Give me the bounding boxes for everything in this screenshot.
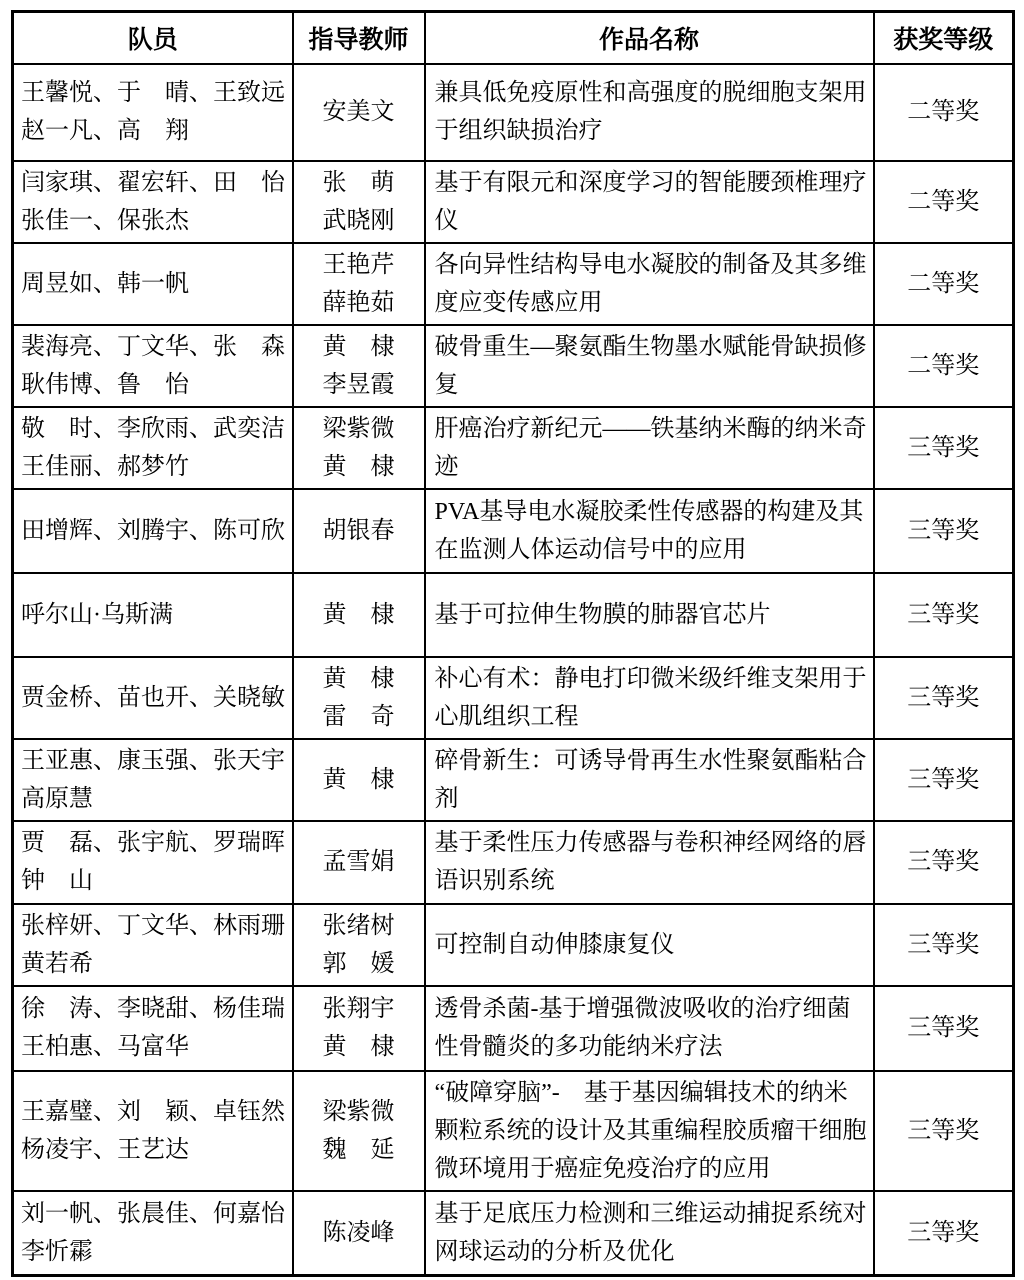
cell-teachers: 黄 棣 <box>293 573 425 657</box>
cell-members: 闫家琪、翟宏轩、田 怡 张佳一、保张杰 <box>13 161 293 243</box>
cell-work: 碎骨新生：可诱导骨再生水性聚氨酯粘合剂 <box>425 739 874 821</box>
cell-work: 基于足底压力检测和三维运动捕捉系统对网球运动的分析及优化 <box>425 1191 874 1276</box>
cell-award: 三等奖 <box>874 1071 1014 1191</box>
cell-award: 二等奖 <box>874 325 1014 407</box>
cell-award: 二等奖 <box>874 161 1014 243</box>
table-row: 贾 磊、张宇航、罗瑞晖 钟 山 孟雪娟 基于柔性压力传感器与卷积神经网络的唇语识… <box>13 821 1014 904</box>
cell-work: 肝癌治疗新纪元——铁基纳米酶的纳米奇迹 <box>425 407 874 489</box>
cell-work: 基于柔性压力传感器与卷积神经网络的唇语识别系统 <box>425 821 874 904</box>
cell-award: 三等奖 <box>874 573 1014 657</box>
table-row: 裴海亮、丁文华、张 森 耿伟博、鲁 怡 黄 棣 李昱霞 破骨重生—聚氨酯生物墨水… <box>13 325 1014 407</box>
cell-teachers: 梁紫微 黄 棣 <box>293 407 425 489</box>
cell-award: 三等奖 <box>874 657 1014 739</box>
header-teachers: 指导教师 <box>293 12 425 64</box>
cell-work: PVA基导电水凝胶柔性传感器的构建及其在监测人体运动信号中的应用 <box>425 489 874 573</box>
table-row: 王亚惠、康玉强、张天宇 高原慧 黄 棣 碎骨新生：可诱导骨再生水性聚氨酯粘合剂 … <box>13 739 1014 821</box>
cell-teachers: 张绪树 郭 媛 <box>293 904 425 986</box>
header-work: 作品名称 <box>425 12 874 64</box>
table-row: 徐 涛、李晓甜、杨佳瑞 王柏惠、马富华 张翔宇 黄 棣 透骨杀菌-基于增强微波吸… <box>13 986 1014 1071</box>
cell-members: 贾 磊、张宇航、罗瑞晖 钟 山 <box>13 821 293 904</box>
cell-members: 呼尔山·乌斯满 <box>13 573 293 657</box>
table-row: 刘一帆、张晨佳、何嘉怡 李忻霦 陈凌峰 基于足底压力检测和三维运动捕捉系统对网球… <box>13 1191 1014 1276</box>
cell-award: 三等奖 <box>874 1191 1014 1276</box>
cell-award: 二等奖 <box>874 243 1014 325</box>
cell-teachers: 黄 棣 <box>293 739 425 821</box>
cell-members: 敬 时、李欣雨、武奕洁 王佳丽、郝梦竹 <box>13 407 293 489</box>
cell-members: 刘一帆、张晨佳、何嘉怡 李忻霦 <box>13 1191 293 1276</box>
cell-award: 三等奖 <box>874 986 1014 1071</box>
table-header-row: 队员 指导教师 作品名称 获奖等级 <box>13 12 1014 64</box>
table-row: 田增辉、刘腾宇、陈可欣 胡银春 PVA基导电水凝胶柔性传感器的构建及其在监测人体… <box>13 489 1014 573</box>
awards-table: 队员 指导教师 作品名称 获奖等级 王馨悦、于 晴、王致远 赵一凡、高 翔 安美… <box>11 10 1015 1277</box>
cell-members: 田增辉、刘腾宇、陈可欣 <box>13 489 293 573</box>
cell-teachers: 王艳芹 薛艳茹 <box>293 243 425 325</box>
header-award: 获奖等级 <box>874 12 1014 64</box>
cell-work: 各向异性结构导电水凝胶的制备及其多维度应变传感应用 <box>425 243 874 325</box>
cell-members: 张梓妍、丁文华、林雨珊 黄若希 <box>13 904 293 986</box>
table-row: 王馨悦、于 晴、王致远 赵一凡、高 翔 安美文 兼具低免疫原性和高强度的脱细胞支… <box>13 64 1014 161</box>
cell-work: 基于有限元和深度学习的智能腰颈椎理疗仪 <box>425 161 874 243</box>
table-row: 呼尔山·乌斯满 黄 棣 基于可拉伸生物膜的肺器官芯片 三等奖 <box>13 573 1014 657</box>
cell-award: 二等奖 <box>874 64 1014 161</box>
cell-teachers: 梁紫微 魏 延 <box>293 1071 425 1191</box>
cell-award: 三等奖 <box>874 821 1014 904</box>
cell-award: 三等奖 <box>874 739 1014 821</box>
document-page: 队员 指导教师 作品名称 获奖等级 王馨悦、于 晴、王致远 赵一凡、高 翔 安美… <box>0 0 1024 1280</box>
cell-members: 王嘉璧、刘 颖、卓钰然 杨凌宇、王艺达 <box>13 1071 293 1191</box>
cell-members: 王亚惠、康玉强、张天宇 高原慧 <box>13 739 293 821</box>
cell-teachers: 黄 棣 李昱霞 <box>293 325 425 407</box>
table-row: 闫家琪、翟宏轩、田 怡 张佳一、保张杰 张 萌 武晓刚 基于有限元和深度学习的智… <box>13 161 1014 243</box>
header-members: 队员 <box>13 12 293 64</box>
cell-teachers: 黄 棣 雷 奇 <box>293 657 425 739</box>
cell-work: 破骨重生—聚氨酯生物墨水赋能骨缺损修复 <box>425 325 874 407</box>
table-row: 王嘉璧、刘 颖、卓钰然 杨凌宇、王艺达 梁紫微 魏 延 “破障穿脑”- 基于基因… <box>13 1071 1014 1191</box>
cell-award: 三等奖 <box>874 904 1014 986</box>
cell-teachers: 张翔宇 黄 棣 <box>293 986 425 1071</box>
cell-teachers: 安美文 <box>293 64 425 161</box>
cell-teachers: 孟雪娟 <box>293 821 425 904</box>
cell-work: 兼具低免疫原性和高强度的脱细胞支架用于组织缺损治疗 <box>425 64 874 161</box>
table-row: 敬 时、李欣雨、武奕洁 王佳丽、郝梦竹 梁紫微 黄 棣 肝癌治疗新纪元——铁基纳… <box>13 407 1014 489</box>
cell-award: 三等奖 <box>874 489 1014 573</box>
cell-teachers: 张 萌 武晓刚 <box>293 161 425 243</box>
cell-members: 周昱如、韩一帆 <box>13 243 293 325</box>
cell-work: 补心有术：静电打印微米级纤维支架用于心肌组织工程 <box>425 657 874 739</box>
cell-work: “破障穿脑”- 基于基因编辑技术的纳米颗粒系统的设计及其重编程胶质瘤干细胞微环境… <box>425 1071 874 1191</box>
cell-teachers: 陈凌峰 <box>293 1191 425 1276</box>
cell-award: 三等奖 <box>874 407 1014 489</box>
cell-members: 贾金桥、苗也开、关晓敏 <box>13 657 293 739</box>
cell-members: 裴海亮、丁文华、张 森 耿伟博、鲁 怡 <box>13 325 293 407</box>
cell-work: 透骨杀菌-基于增强微波吸收的治疗细菌性骨髓炎的多功能纳米疗法 <box>425 986 874 1071</box>
cell-work: 可控制自动伸膝康复仪 <box>425 904 874 986</box>
table-row: 贾金桥、苗也开、关晓敏 黄 棣 雷 奇 补心有术：静电打印微米级纤维支架用于心肌… <box>13 657 1014 739</box>
cell-work: 基于可拉伸生物膜的肺器官芯片 <box>425 573 874 657</box>
cell-members: 徐 涛、李晓甜、杨佳瑞 王柏惠、马富华 <box>13 986 293 1071</box>
cell-members: 王馨悦、于 晴、王致远 赵一凡、高 翔 <box>13 64 293 161</box>
table-row: 周昱如、韩一帆 王艳芹 薛艳茹 各向异性结构导电水凝胶的制备及其多维度应变传感应… <box>13 243 1014 325</box>
cell-teachers: 胡银春 <box>293 489 425 573</box>
table-row: 张梓妍、丁文华、林雨珊 黄若希 张绪树 郭 媛 可控制自动伸膝康复仪 三等奖 <box>13 904 1014 986</box>
